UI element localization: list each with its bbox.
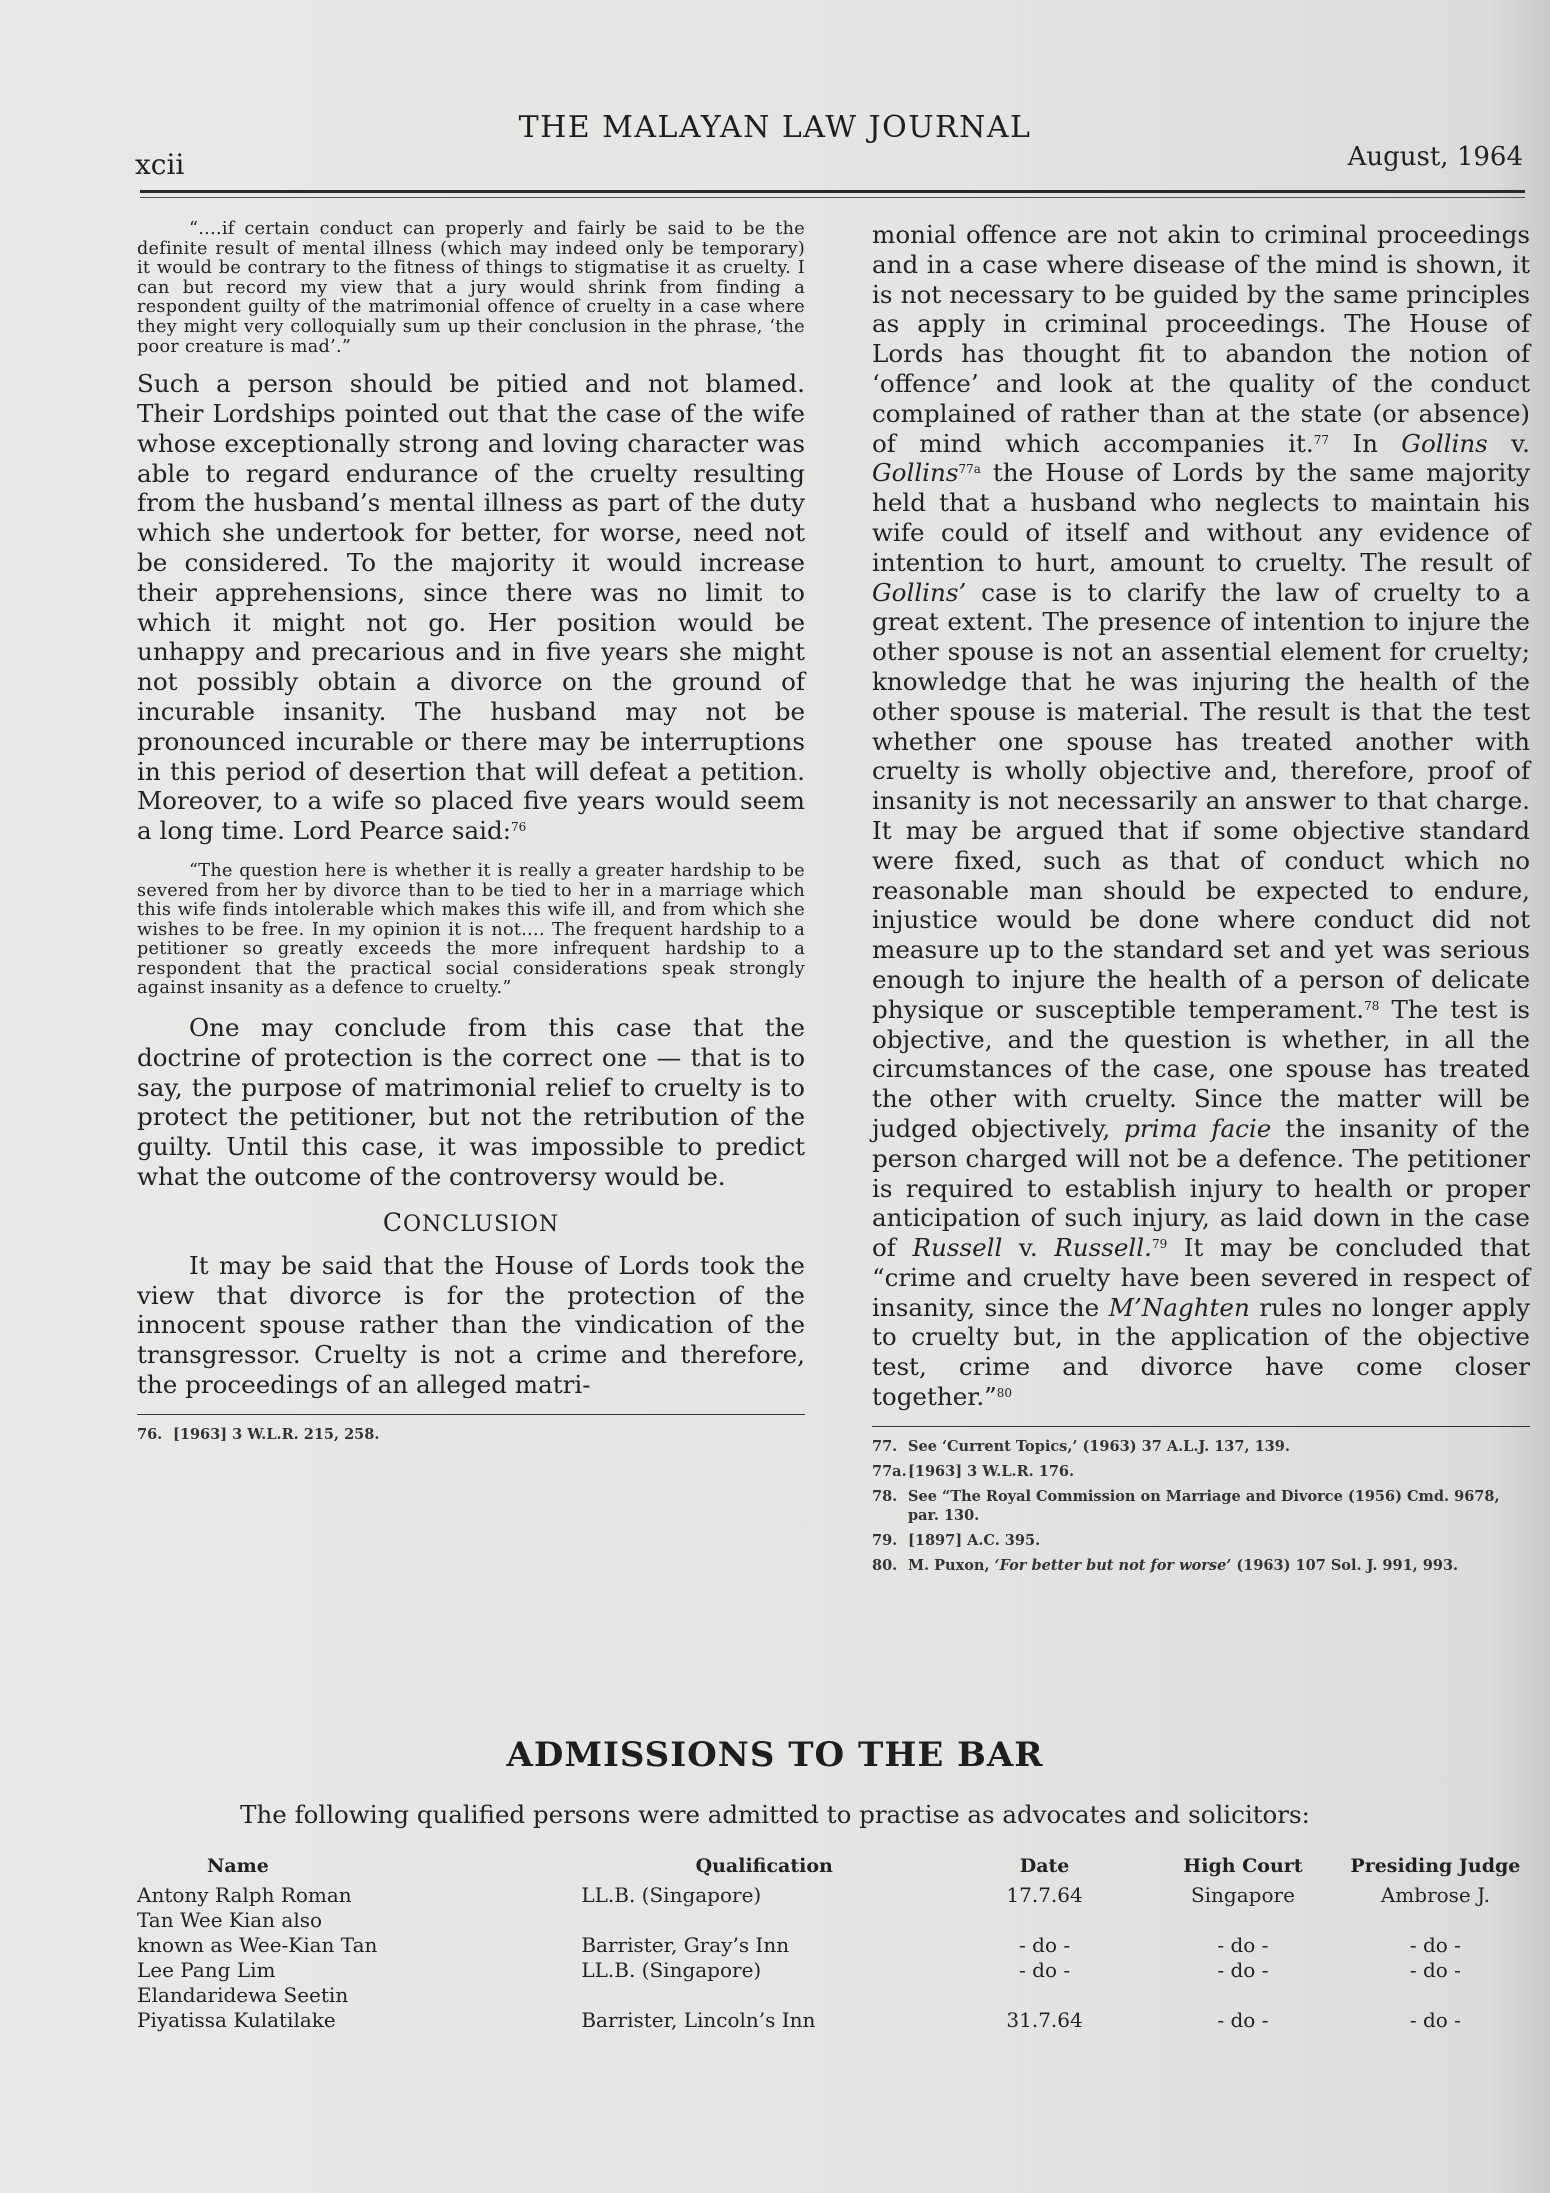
cell-qualification: LL.B. (Singapore) — [581, 1883, 947, 1908]
footnote-ref[interactable]: 76 — [511, 820, 526, 834]
heading-rest: ONCLUSION — [403, 1212, 559, 1237]
text: v. — [1002, 1233, 1054, 1262]
footnote-ref[interactable]: 78 — [1364, 999, 1379, 1013]
cell-high-court — [1142, 1908, 1344, 1933]
text: M. Puxon, — [908, 1557, 995, 1574]
footnote: 76. [1963] 3 W.L.R. 215, 258. — [137, 1425, 805, 1444]
admissions-table: Name Qualification Date High Court Presi… — [137, 1855, 1527, 2033]
footnote-number: 76. — [137, 1425, 173, 1444]
cell-judge — [1344, 1908, 1527, 1933]
case-name: Gollins — [1401, 429, 1488, 458]
paragraph-text: Such a person should be pitied and not b… — [137, 369, 805, 845]
column-header-judge: Presiding Judge — [1344, 1855, 1527, 1883]
right-column: monial offence are not akin to criminal … — [872, 220, 1530, 1581]
text: In — [1329, 429, 1401, 458]
case-name: Gollins’ — [872, 578, 966, 607]
column-header-high-court: High Court — [1142, 1855, 1344, 1883]
cell-judge: - do - — [1344, 1958, 1527, 1983]
footnote: 80.M. Puxon, ‘For better but not for wor… — [872, 1556, 1530, 1575]
cell-name: Antony Ralph Roman — [137, 1883, 581, 1908]
issue-date: August, 1964 — [1348, 142, 1523, 172]
cell-date: 31.7.64 — [947, 2008, 1142, 2033]
cell-name: Elandaridewa Seetin — [137, 1983, 581, 2008]
case-name: Gollins — [872, 458, 959, 487]
cell-high-court: - do - — [1142, 1958, 1344, 1983]
journal-page: THE MALAYAN LAW JOURNAL xcii August, 196… — [0, 0, 1550, 2193]
cell-judge: - do - — [1344, 2008, 1527, 2033]
footnote-text: See “The Royal Commission on Marriage an… — [908, 1487, 1530, 1525]
cell-high-court: - do - — [1142, 2008, 1344, 2033]
cell-name: Tan Wee Kian also — [137, 1908, 581, 1933]
footnote: 77.See ‘Current Topics,’ (1963) 37 A.L.J… — [872, 1437, 1530, 1456]
cell-high-court — [1142, 1983, 1344, 2008]
cell-qualification: LL.B. (Singapore) — [581, 1958, 947, 1983]
section-heading: CONCLUSION — [137, 1208, 805, 1237]
page-number: xcii — [135, 148, 184, 181]
cell-date — [947, 1908, 1142, 1933]
paragraph: Such a person should be pitied and not b… — [137, 369, 805, 846]
footnote-number: 80. — [872, 1556, 908, 1575]
section-title: ADMISSIONS TO THE BAR — [0, 1735, 1550, 1775]
paragraph: One may conclude from this case that the… — [137, 1013, 805, 1192]
rule-name: M’Naghten — [1109, 1293, 1250, 1322]
journal-title: THE MALAYAN LAW JOURNAL — [0, 110, 1550, 145]
cell-date: 17.7.64 — [947, 1883, 1142, 1908]
footnote-text: [1897] A.C. 395. — [908, 1531, 1530, 1550]
column-header-name: Name — [137, 1855, 581, 1883]
cell-judge: Ambrose J. — [1344, 1883, 1527, 1908]
column-header-qualification: Qualification — [581, 1855, 947, 1883]
heading-initial: C — [383, 1208, 403, 1237]
footnote-ref[interactable]: 79 — [1152, 1237, 1167, 1251]
table-row: Lee Pang LimLL.B. (Singapore)- do -- do … — [137, 1958, 1527, 1983]
section-intro: The following qualified persons were adm… — [0, 1800, 1550, 1829]
case-name: Russell — [912, 1233, 1002, 1262]
table-row: known as Wee-Kian TanBarrister, Gray’s I… — [137, 1933, 1527, 1958]
footnote: 79.[1897] A.C. 395. — [872, 1531, 1530, 1550]
header-rule — [140, 190, 1525, 193]
left-column: “....if certain conduct can properly and… — [137, 220, 805, 1450]
footnote-text: See ‘Current Topics,’ (1963) 37 A.L.J. 1… — [908, 1437, 1530, 1456]
latin-phrase: prima facie — [1124, 1114, 1271, 1143]
table-row: Elandaridewa Seetin — [137, 1983, 1527, 2008]
footnote-text: [1963] 3 W.L.R. 215, 258. — [173, 1425, 805, 1444]
footnote-ref[interactable]: 77a — [959, 462, 981, 476]
cell-date: - do - — [947, 1933, 1142, 1958]
footnote-text: M. Puxon, ‘For better but not for worse’… — [908, 1556, 1530, 1575]
footnote-ref[interactable]: 77 — [1314, 433, 1329, 447]
table-row: Piyatissa KulatilakeBarrister, Lincoln’s… — [137, 2008, 1527, 2033]
footnote-text: [1963] 3 W.L.R. 176. — [908, 1462, 1530, 1481]
table-row: Tan Wee Kian also — [137, 1908, 1527, 1933]
footnote: 78.See “The Royal Commission on Marriage… — [872, 1487, 1530, 1525]
text: (1963) 107 Sol. J. 991, 993. — [1231, 1557, 1458, 1574]
cell-judge — [1344, 1983, 1527, 2008]
footnote-number: 78. — [872, 1487, 908, 1525]
cell-qualification: Barrister, Lincoln’s Inn — [581, 2008, 947, 2033]
paragraph: monial offence are not akin to criminal … — [872, 220, 1530, 1412]
case-name: Russell. — [1054, 1233, 1152, 1262]
footnote: 77a.[1963] 3 W.L.R. 176. — [872, 1462, 1530, 1481]
header-rule-thin — [140, 197, 1525, 198]
block-quote: “The question here is whether it is real… — [137, 862, 805, 999]
text: monial offence are not akin to criminal … — [872, 220, 1530, 458]
cell-date: - do - — [947, 1958, 1142, 1983]
footnote-number: 77a. — [872, 1462, 908, 1481]
cell-judge: - do - — [1344, 1933, 1527, 1958]
cell-qualification: Barrister, Gray’s Inn — [581, 1933, 947, 1958]
table-row: Antony Ralph RomanLL.B. (Singapore)17.7.… — [137, 1883, 1527, 1908]
admissions-body: Antony Ralph RomanLL.B. (Singapore)17.7.… — [137, 1883, 1527, 2033]
footnote-rule — [137, 1414, 805, 1416]
table-header-row: Name Qualification Date High Court Presi… — [137, 1855, 1527, 1883]
footnote-rule — [872, 1426, 1530, 1428]
cell-high-court: Singapore — [1142, 1883, 1344, 1908]
footnote-number: 77. — [872, 1437, 908, 1456]
cell-qualification — [581, 1908, 947, 1933]
column-header-date: Date — [947, 1855, 1142, 1883]
text: v. — [1488, 429, 1530, 458]
block-quote: “....if certain conduct can properly and… — [137, 220, 805, 357]
paragraph: It may be said that the House of Lords t… — [137, 1251, 805, 1400]
footnote-ref[interactable]: 80 — [997, 1386, 1012, 1400]
cell-high-court: - do - — [1142, 1933, 1344, 1958]
cell-qualification — [581, 1983, 947, 2008]
footnote-number: 79. — [872, 1531, 908, 1550]
cell-date — [947, 1983, 1142, 2008]
cell-name: known as Wee-Kian Tan — [137, 1933, 581, 1958]
cell-name: Piyatissa Kulatilake — [137, 2008, 581, 2033]
article-title: ‘For better but not for worse’ — [995, 1557, 1232, 1574]
cell-name: Lee Pang Lim — [137, 1958, 581, 1983]
text: case is to clarify the law of cruelty to… — [872, 578, 1530, 1024]
